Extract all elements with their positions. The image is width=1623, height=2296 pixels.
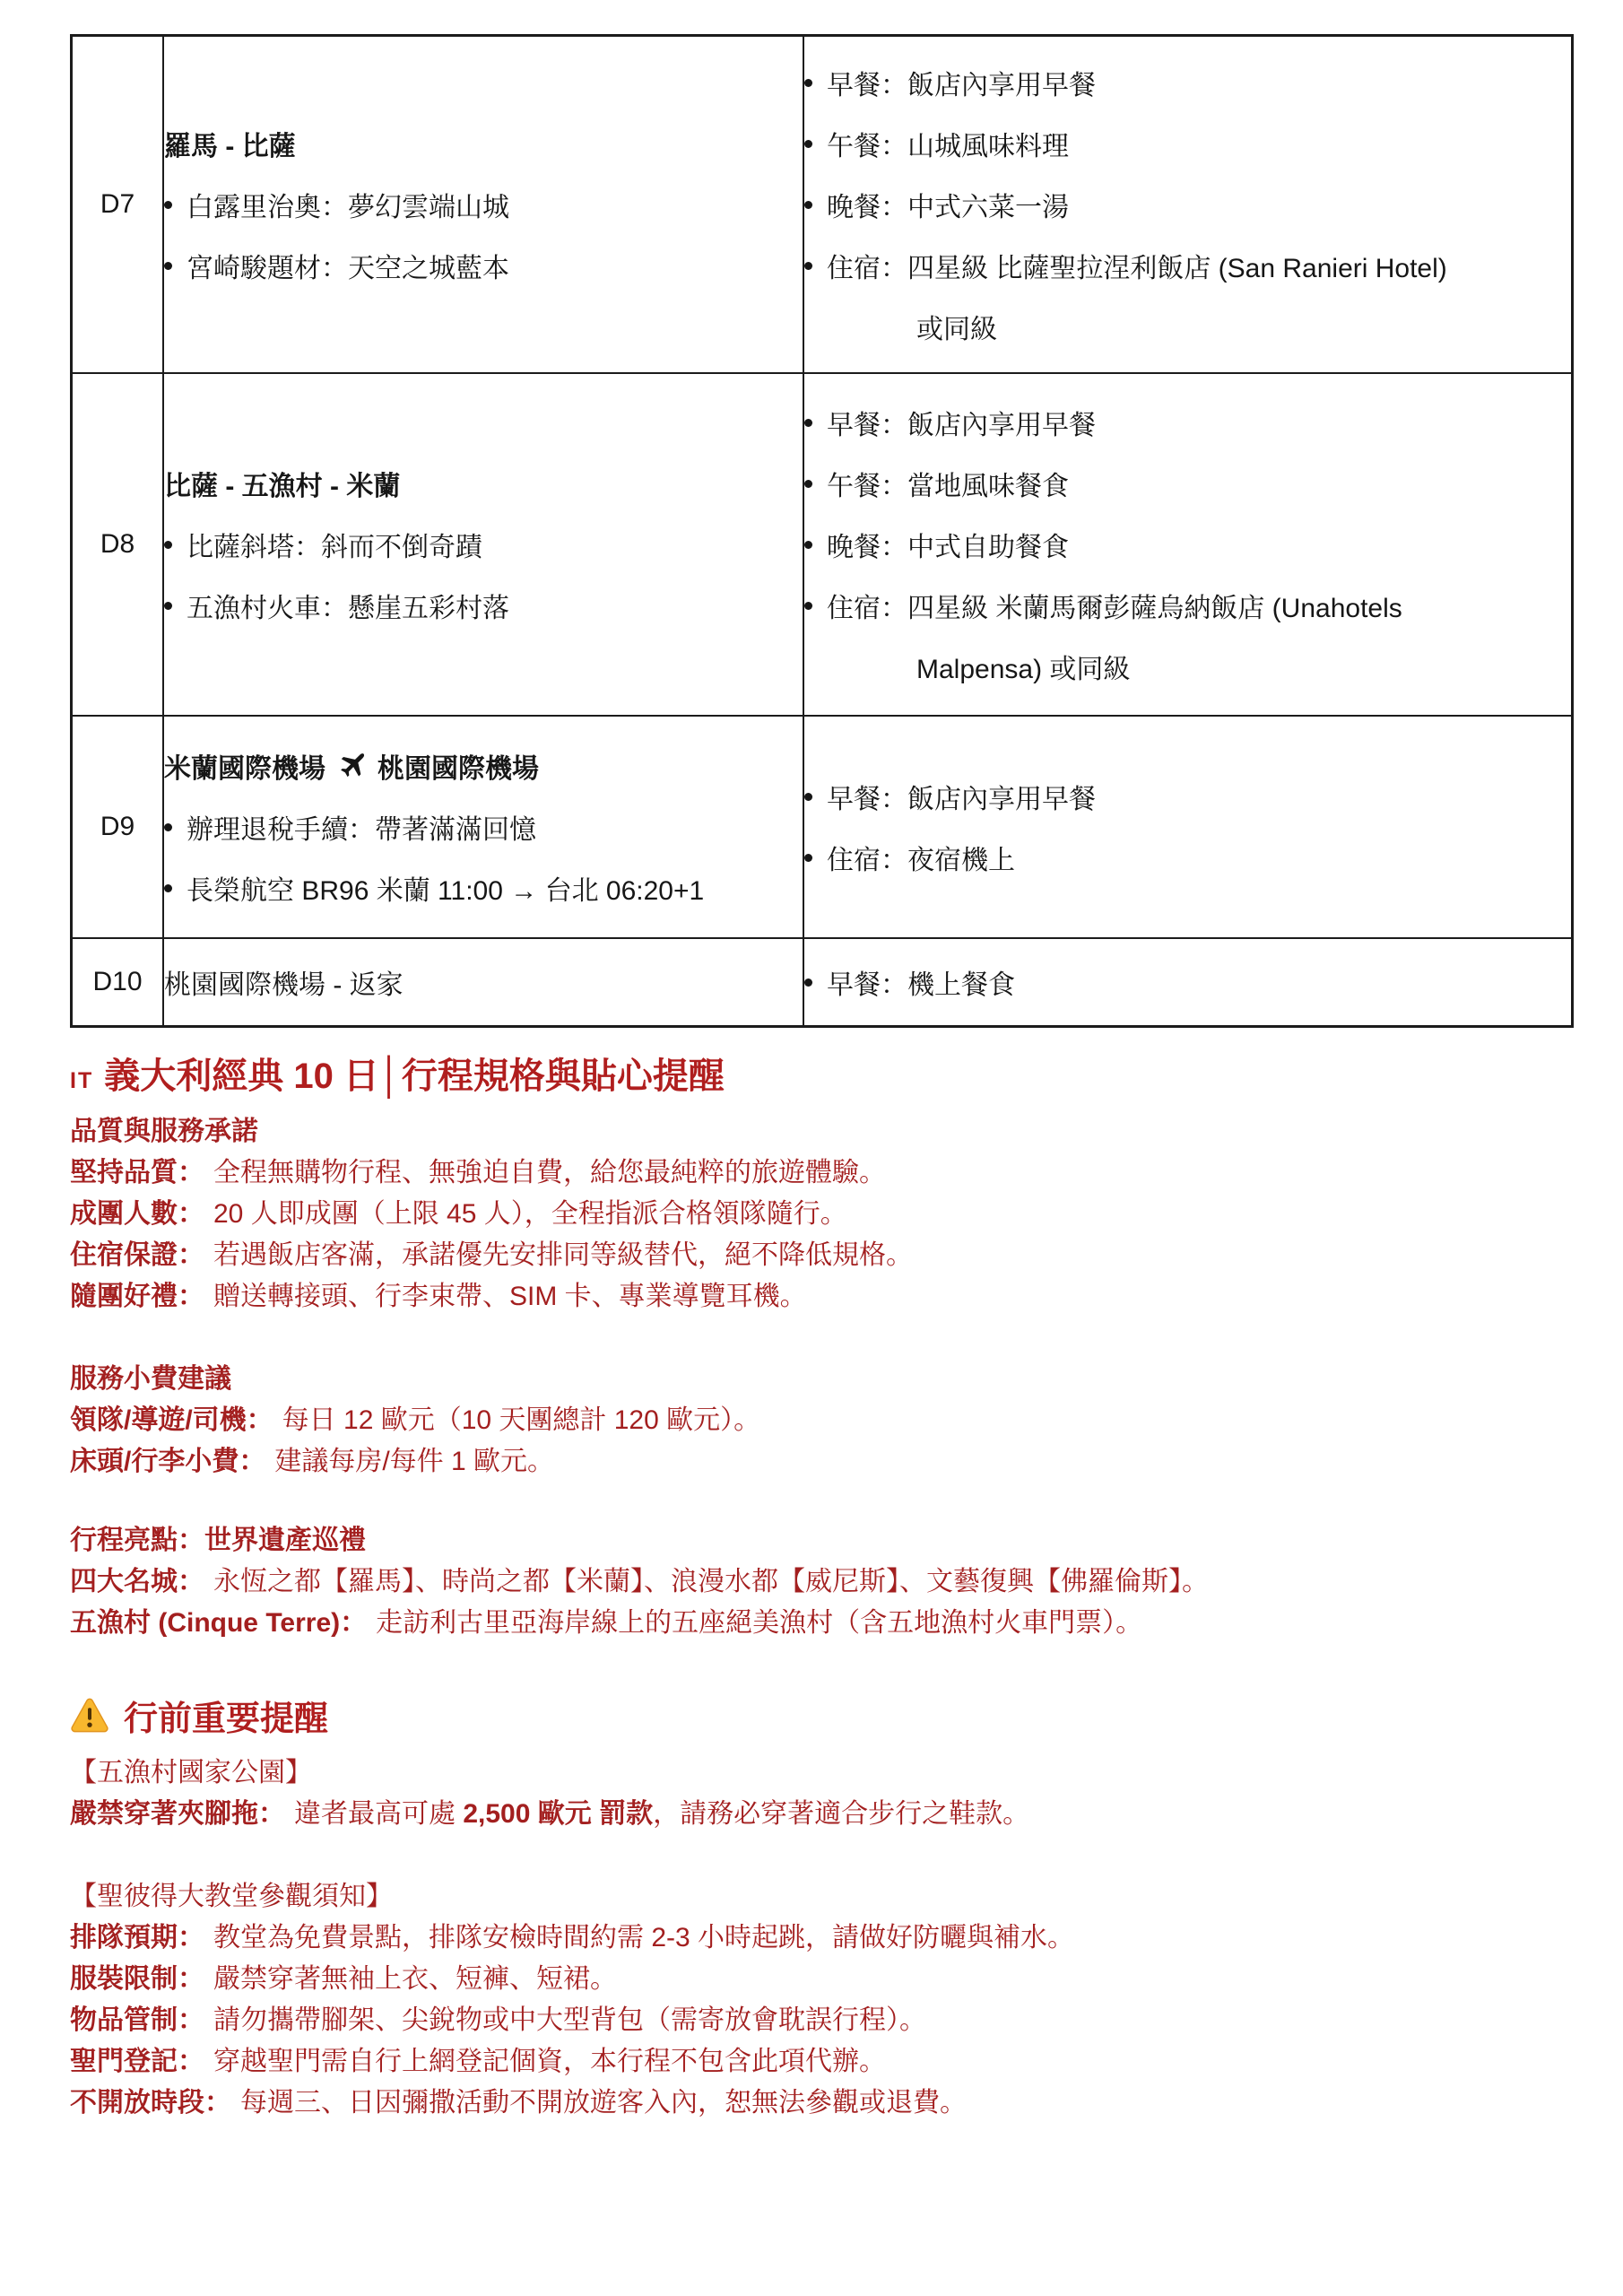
highlight-item: 比薩斜塔：斜而不倒奇蹟 bbox=[164, 514, 803, 575]
italy-flag-icon: IT bbox=[70, 1068, 93, 1094]
meal-item: 住宿：四星級 比薩聖拉涅利飯店 (San Ranieri Hotel) bbox=[804, 235, 1571, 296]
highlight-item: 宮崎駿題材：天空之城藍本 bbox=[164, 235, 803, 296]
meal-item: 晚餐：中式自助餐食 bbox=[804, 514, 1571, 575]
day-cell: D10 bbox=[72, 938, 164, 1027]
quality-item: 住宿保證：若遇飯店客滿，承諾優先安排同等級替代，絕不降低規格。 bbox=[70, 1235, 1623, 1276]
specs-heading-text: 義大利經典 10 日│行程規格與貼心提醒 bbox=[104, 1048, 725, 1099]
meals-cell: 早餐：機上餐食 bbox=[803, 938, 1573, 1027]
highlight-item: 白露里治奧：夢幻雲端山城 bbox=[164, 174, 803, 235]
route-title: 米蘭國際機場 桃園國際機場 bbox=[164, 735, 803, 796]
warning-item: 物品管制：請勿攜帶腳架、尖銳物或中大型背包（需寄放會耽誤行程）。 bbox=[70, 2000, 1623, 2041]
table-row: D7 羅馬 - 比薩 白露里治奧：夢幻雲端山城 宮崎駿題材：天空之城藍本 早餐：… bbox=[72, 36, 1573, 374]
quality-block: 品質與服務承諾 堅持品質：全程無購物行程、無強迫自費，給您最純粹的旅遊體驗。 成… bbox=[70, 1111, 1623, 1318]
itinerary-page: D7 羅馬 - 比薩 白露里治奧：夢幻雲端山城 宮崎駿題材：天空之城藍本 早餐：… bbox=[0, 0, 1623, 2124]
meals-cell: 早餐：飯店內享用早餐 午餐：山城風味料理 晚餐：中式六菜一湯 住宿：四星級 比薩… bbox=[803, 36, 1573, 374]
meal-item: 早餐：機上餐食 bbox=[804, 952, 1571, 1013]
highlights-item: 四大名城：永恆之都【羅馬】、時尚之都【米蘭】、浪漫水都【威尼斯】、文藝復興【佛羅… bbox=[70, 1561, 1623, 1603]
day-label: D7 bbox=[100, 189, 135, 219]
day-label: D9 bbox=[100, 812, 135, 841]
route-title-from: 米蘭國際機場 bbox=[164, 746, 325, 786]
warning-item: 聖門登記：穿越聖門需自行上網登記個資，本行程不包含此項代辦。 bbox=[70, 2041, 1623, 2083]
meal-item: 晚餐：中式六菜一湯 bbox=[804, 174, 1571, 235]
meal-item: 早餐：飯店內享用早餐 bbox=[804, 392, 1571, 453]
warning-section-header: 【五漁村國家公園】 bbox=[70, 1752, 1623, 1794]
warning-section-cinque-terre: 【五漁村國家公園】 嚴禁穿著夾腳拖：違者最高可處 2,500 歐元 罰款，請務必… bbox=[70, 1752, 1623, 1835]
day-cell: D8 bbox=[72, 373, 164, 716]
tips-block: 服務小費建議 領隊/導遊/司機：每日 12 歐元（10 天團總計 120 歐元）… bbox=[70, 1359, 1623, 1483]
quality-item: 堅持品質：全程無購物行程、無強迫自費，給您最純粹的旅遊體驗。 bbox=[70, 1152, 1623, 1194]
meal-item: 午餐：當地風味餐食 bbox=[804, 453, 1571, 514]
day-label: D10 bbox=[92, 967, 142, 996]
table-row: D10 桃園國際機場 - 返家 早餐：機上餐食 bbox=[72, 938, 1573, 1027]
day-cell: D9 bbox=[72, 716, 164, 938]
highlights-header: 行程亮點：世界遺產巡禮 bbox=[70, 1520, 1623, 1561]
pretrip-warning-text: 行前重要提醒 bbox=[124, 1691, 328, 1740]
warning-section-st-peters: 【聖彼得大教堂參觀須知】 排隊預期：教堂為免費景點，排隊安檢時間約需 2-3 小… bbox=[70, 1876, 1623, 2124]
pretrip-warning-heading: 行前重要提醒 bbox=[70, 1691, 1623, 1740]
itinerary-cell: 米蘭國際機場 桃園國際機場 辦理退稅手續：帶著滿滿回憶 長榮航空 BR96 米蘭… bbox=[163, 716, 803, 938]
meal-item: 住宿：夜宿機上 bbox=[804, 827, 1571, 888]
tips-header: 服務小費建議 bbox=[70, 1359, 1623, 1400]
itinerary-table: D7 羅馬 - 比薩 白露里治奧：夢幻雲端山城 宮崎駿題材：天空之城藍本 早餐：… bbox=[70, 34, 1574, 1028]
highlight-item: 長榮航空 BR96 米蘭 11:00 → 台北 06:20+1 bbox=[164, 857, 803, 918]
highlights-item: 五漁村 (Cinque Terre)：走訪利古里亞海岸線上的五座絕美漁村（含五地… bbox=[70, 1603, 1623, 1644]
meal-item: 住宿：四星級 米蘭馬爾彭薩烏納飯店 (Unahotels bbox=[804, 575, 1571, 636]
airplane-icon bbox=[336, 751, 367, 781]
meal-item: 早餐：飯店內享用早餐 bbox=[804, 766, 1571, 827]
quality-header: 品質與服務承諾 bbox=[70, 1111, 1623, 1152]
meals-cell: 早餐：飯店內享用早餐 住宿：夜宿機上 bbox=[803, 716, 1573, 938]
itinerary-cell: 羅馬 - 比薩 白露里治奧：夢幻雲端山城 宮崎駿題材：天空之城藍本 bbox=[163, 36, 803, 374]
highlight-item: 辦理退稅手續：帶著滿滿回憶 bbox=[164, 796, 803, 857]
warning-section-header: 【聖彼得大教堂參觀須知】 bbox=[70, 1876, 1623, 1918]
table-row: D8 比薩 - 五漁村 - 米蘭 比薩斜塔：斜而不倒奇蹟 五漁村火車：懸崖五彩村… bbox=[72, 373, 1573, 716]
route-title: 桃園國際機場 - 返家 bbox=[164, 952, 803, 1013]
meal-item-continuation: Malpensa) 或同級 bbox=[804, 636, 1571, 697]
warning-item: 不開放時段：每週三、日因彌撒活動不開放遊客入內，恕無法參觀或退費。 bbox=[70, 2083, 1623, 2124]
fine-amount: 2,500 歐元 罰款 bbox=[463, 1799, 653, 1829]
quality-item: 成團人數：20 人即成團（上限 45 人），全程指派合格領隊隨行。 bbox=[70, 1194, 1623, 1235]
warning-item: 嚴禁穿著夾腳拖：違者最高可處 2,500 歐元 罰款，請務必穿著適合步行之鞋款。 bbox=[70, 1794, 1623, 1835]
warning-item: 排隊預期：教堂為免費景點，排隊安檢時間約需 2-3 小時起跳，請做好防曬與補水。 bbox=[70, 1918, 1623, 1959]
route-title: 羅馬 - 比薩 bbox=[164, 113, 803, 174]
tips-item: 床頭/行李小費：建議每房/每件 1 歐元。 bbox=[70, 1441, 1623, 1483]
meal-item: 早餐：飯店內享用早餐 bbox=[804, 52, 1571, 113]
day-label: D8 bbox=[100, 529, 135, 559]
highlight-item: 五漁村火車：懸崖五彩村落 bbox=[164, 575, 803, 636]
meals-cell: 早餐：飯店內享用早餐 午餐：當地風味餐食 晚餐：中式自助餐食 住宿：四星級 米蘭… bbox=[803, 373, 1573, 716]
specs-heading: IT 義大利經典 10 日│行程規格與貼心提醒 bbox=[70, 1048, 1623, 1099]
tips-item: 領隊/導遊/司機：每日 12 歐元（10 天團總計 120 歐元）。 bbox=[70, 1400, 1623, 1441]
meal-item: 午餐：山城風味料理 bbox=[804, 113, 1571, 174]
warning-triangle-icon bbox=[70, 1698, 109, 1734]
highlights-block: 行程亮點：世界遺產巡禮 四大名城：永恆之都【羅馬】、時尚之都【米蘭】、浪漫水都【… bbox=[70, 1520, 1623, 1644]
table-row: D9 米蘭國際機場 桃園國際機場 辦理退稅手續：帶著滿滿回憶 長榮航空 BR96… bbox=[72, 716, 1573, 938]
quality-item: 隨團好禮：贈送轉接頭、行李束帶、SIM 卡、專業導覽耳機。 bbox=[70, 1276, 1623, 1318]
route-title: 比薩 - 五漁村 - 米蘭 bbox=[164, 453, 803, 514]
itinerary-cell: 比薩 - 五漁村 - 米蘭 比薩斜塔：斜而不倒奇蹟 五漁村火車：懸崖五彩村落 bbox=[163, 373, 803, 716]
meal-item-continuation: 或同級 bbox=[804, 296, 1571, 357]
route-title-to: 桃園國際機場 bbox=[378, 746, 539, 786]
warning-item: 服裝限制：嚴禁穿著無袖上衣、短褲、短裙。 bbox=[70, 1959, 1623, 2000]
day-cell: D7 bbox=[72, 36, 164, 374]
itinerary-cell: 桃園國際機場 - 返家 bbox=[163, 938, 803, 1027]
